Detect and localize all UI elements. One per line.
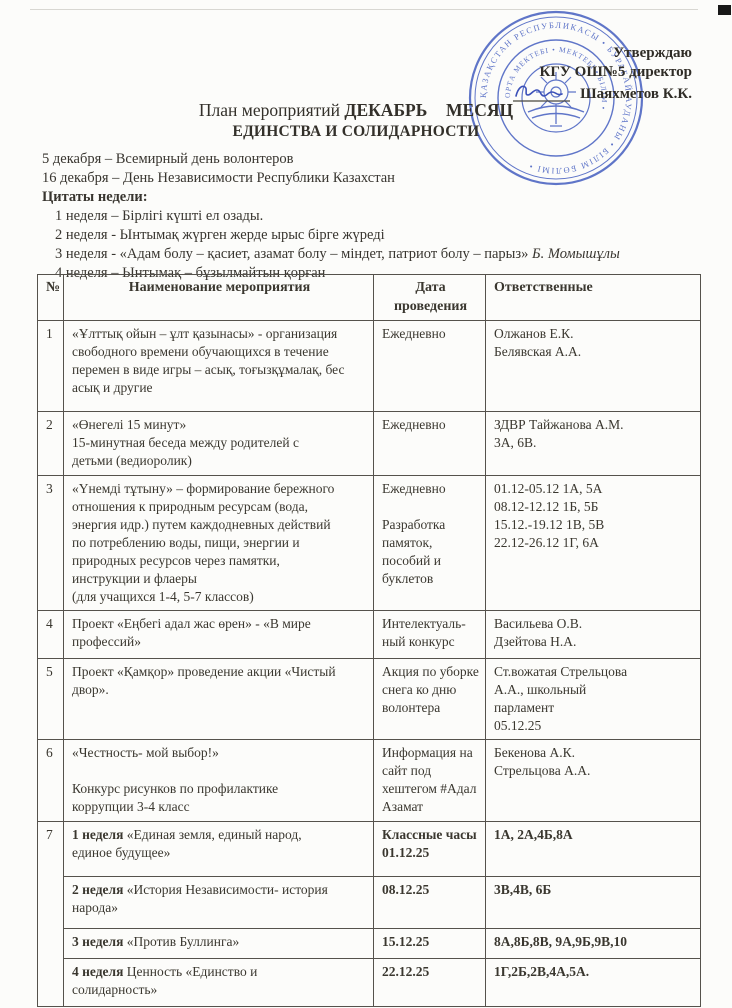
- quote-week-3-text: 3 неделя - «Адам болу – қасиет, азамат б…: [55, 246, 532, 262]
- intro-block: 5 декабря – Всемирный день волонтеров 16…: [42, 150, 620, 283]
- row-number: 3: [38, 476, 64, 611]
- title-month: ДЕКАБРЬ МЕСЯЦ: [344, 100, 513, 120]
- scan-artifact-corner-mark: [718, 5, 731, 15]
- table-row-week: 2 неделя «История Независимости- история…: [38, 876, 701, 928]
- event-responsible-cell: Бекенова А.К. Стрельцова А.А.: [486, 739, 701, 821]
- approval-word: Утверждаю: [512, 44, 692, 63]
- row-number: 1: [38, 321, 64, 412]
- week-label: 1 неделя: [72, 827, 123, 842]
- event-responsible-cell: Васильева О.В. Дзейтова Н.А.: [486, 610, 701, 658]
- event-date-cell: 15.12.25: [374, 928, 486, 958]
- table-row-week: 7 1 неделя «Единая земля, единый народ, …: [38, 821, 701, 876]
- quote-week-2: 2 неделя - Ынтымақ жүрген жерде ырыс бір…: [42, 226, 620, 245]
- event-date-cell: Акция по уборке снега ко дню волонтера: [374, 658, 486, 739]
- event-responsible-cell: 1Г,2Б,2В,4А,5А.: [486, 958, 701, 1006]
- event-name-cell: «Ұлттық ойын – ұлт қазынасы» - организац…: [64, 321, 374, 412]
- table-row: 1 «Ұлттық ойын – ұлт қазынасы» - организ…: [38, 321, 701, 412]
- table-header-row: № Наименование мероприятия Дата проведен…: [38, 275, 701, 321]
- event-date-cell: Интелектуаль- ный конкурс: [374, 610, 486, 658]
- approval-block: Утверждаю КГУ ОШ№5 директор Шаяхметов К.…: [512, 44, 692, 104]
- table-row-week: 3 неделя «Против Буллинга» 15.12.25 8А,8…: [38, 928, 701, 958]
- document-title: План мероприятий ДЕКАБРЬ МЕСЯЦ ЕДИНСТВА …: [0, 100, 712, 141]
- title-line-2: ЕДИНСТВА И СОЛИДАРНОСТИ: [0, 123, 712, 141]
- event-name-cell: Проект «Еңбегі адал жас өрен» - «В мире …: [64, 610, 374, 658]
- intro-date-2: 16 декабря – День Независимости Республи…: [42, 169, 620, 188]
- scanned-document-page: ҚАЗАҚСТАН РЕСПУБЛИКАСЫ • БУРАБАЙ АУДАНЫ …: [0, 0, 732, 1008]
- event-responsible-cell: 3В,4В, 6Б: [486, 876, 701, 928]
- event-responsible-cell: ЗДВР Тайжанова А.М. 3А, 6В.: [486, 412, 701, 476]
- event-name-cell: «Үнемді тұтыну» – формирование бережного…: [64, 476, 374, 611]
- header-responsible: Ответственные: [486, 275, 701, 321]
- table-row: 3 «Үнемді тұтыну» – формирование бережно…: [38, 476, 701, 611]
- event-responsible-cell: 01.12-05.12 1А, 5А 08.12-12.12 1Б, 5Б 15…: [486, 476, 701, 611]
- table-row: 6 «Честность- мой выбор!» Конкурс рисунк…: [38, 739, 701, 821]
- week-label: 3 неделя: [72, 934, 123, 949]
- event-date-cell: 22.12.25: [374, 958, 486, 1006]
- event-responsible-cell: Олжанов Е.К. Белявская А.А.: [486, 321, 701, 412]
- quotes-heading: Цитаты недели:: [42, 188, 620, 207]
- events-plan-table: № Наименование мероприятия Дата проведен…: [37, 274, 701, 1007]
- event-date-cell: Ежедневно: [374, 321, 486, 412]
- event-name-cell: 4 неделя Ценность «Единство и солидарнос…: [64, 958, 374, 1006]
- row-number: 5: [38, 658, 64, 739]
- table-row-week: 4 неделя Ценность «Единство и солидарнос…: [38, 958, 701, 1006]
- event-responsible-cell: Ст.вожатая Стрельцова А.А., школьный пар…: [486, 658, 701, 739]
- title-regular: План мероприятий: [199, 100, 345, 120]
- event-responsible-cell: 1А, 2А,4Б,8А: [486, 821, 701, 876]
- table-row: 4 Проект «Еңбегі адал жас өрен» - «В мир…: [38, 610, 701, 658]
- table-row: 2 «Өнегелі 15 минут» 15-минутная беседа …: [38, 412, 701, 476]
- event-name-cell: 2 неделя «История Независимости- история…: [64, 876, 374, 928]
- row-number: 4: [38, 610, 64, 658]
- event-date-cell: Ежедневно Разработка памяток, пособий и …: [374, 476, 486, 611]
- table-row: 5 Проект «Қамқор» проведение акции «Чист…: [38, 658, 701, 739]
- row-number: 7: [38, 821, 64, 1006]
- event-date-cell: Информация на сайт под хештегом #Адал Аз…: [374, 739, 486, 821]
- row-number: 2: [38, 412, 64, 476]
- quote-week-1: 1 неделя – Бірлігі күшті ел озады.: [42, 207, 620, 226]
- approval-org: КГУ ОШ№5 директор: [512, 63, 692, 82]
- scan-artifact-line: [30, 9, 698, 10]
- event-responsible-cell: 8А,8Б,8В, 9А,9Б,9В,10: [486, 928, 701, 958]
- event-name-cell: «Өнегелі 15 минут» 15-минутная беседа ме…: [64, 412, 374, 476]
- event-date-cell: Классные часы 01.12.25: [374, 821, 486, 876]
- week-label: 2 неделя: [72, 882, 123, 897]
- event-name-cell: «Честность- мой выбор!» Конкурс рисунков…: [64, 739, 374, 821]
- intro-date-1: 5 декабря – Всемирный день волонтеров: [42, 150, 620, 169]
- event-name-cell: 3 неделя «Против Буллинга»: [64, 928, 374, 958]
- week-label: 4 неделя: [72, 964, 123, 979]
- event-name-cell: 1 неделя «Единая земля, единый народ, ед…: [64, 821, 374, 876]
- quote-week-3-author: Б. Момышұлы: [532, 246, 620, 262]
- event-date-cell: 08.12.25: [374, 876, 486, 928]
- week-text: «Против Буллинга»: [123, 934, 239, 949]
- row-number: 6: [38, 739, 64, 821]
- quote-week-3: 3 неделя - «Адам болу – қасиет, азамат б…: [42, 245, 620, 264]
- event-date-cell: Ежедневно: [374, 412, 486, 476]
- header-date: Дата проведения: [374, 275, 486, 321]
- header-event-name: Наименование мероприятия: [64, 275, 374, 321]
- header-number: №: [38, 275, 64, 321]
- title-line-1: План мероприятий ДЕКАБРЬ МЕСЯЦ: [0, 100, 712, 121]
- event-name-cell: Проект «Қамқор» проведение акции «Чистый…: [64, 658, 374, 739]
